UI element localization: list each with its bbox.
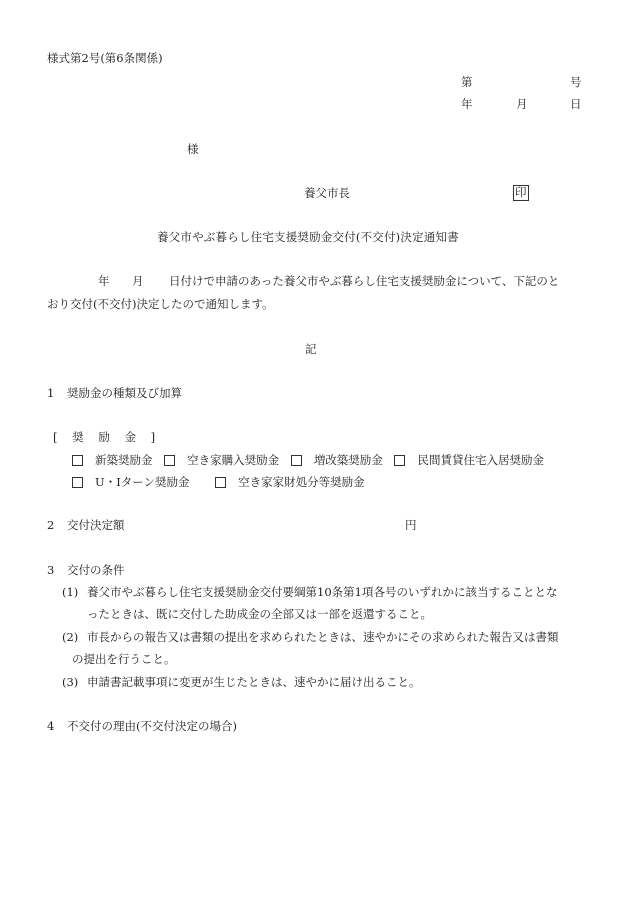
condition-2-line1: (2)市長からの報告又は書類の提出を求められたときは、速やかにその求められた報告…: [62, 632, 559, 644]
document-title: 養父市やぶ暮らし住宅支援奨励金交付(不交付)決定通知書: [157, 232, 459, 244]
checkbox-new-construction[interactable]: 新築奨励金: [72, 455, 153, 467]
checkbox-label: U・Iターン奨励金: [95, 477, 190, 489]
condition-text: 市長からの報告又は書類の提出を求められたときは、速やかにその求められた報告又は書…: [87, 630, 559, 644]
checkbox-renovation[interactable]: 増改築奨励金: [291, 455, 383, 467]
ki-heading: 記: [305, 344, 317, 356]
checkbox-label: 空き家購入奨励金: [187, 455, 279, 467]
doc-number-suffix: 号: [570, 77, 582, 89]
section-title: 交付決定額: [67, 518, 125, 532]
bracket-char: 金: [124, 432, 136, 444]
section-title: 交付の条件: [67, 563, 125, 577]
section-title: 不交付の理由(不交付決定の場合): [67, 719, 237, 733]
date-day-label: 日: [570, 99, 582, 111]
bracket-close: ]: [151, 432, 156, 444]
checkbox-icon[interactable]: [164, 455, 175, 466]
condition-marker: (3): [62, 677, 87, 689]
condition-3: (3)申請書記載事項に変更が生じたときは、速やかに届け出ること。: [62, 677, 421, 689]
body-paragraph-line2: おり交付(不交付)決定したので通知します。: [47, 299, 274, 311]
checkbox-label: 空き家家財処分等奨励金: [238, 477, 365, 489]
section-2-heading: 2交付決定額: [47, 520, 125, 532]
seal-icon: 印: [513, 185, 529, 201]
checkbox-vacant-house-purchase[interactable]: 空き家購入奨励金: [164, 455, 279, 467]
section-4-heading: 4不交付の理由(不交付決定の場合): [47, 721, 237, 733]
bracket-open: [: [53, 432, 58, 444]
condition-text: 申請書記載事項に変更が生じたときは、速やかに届け出ること。: [87, 675, 421, 689]
section-number: 1: [47, 388, 67, 400]
checkbox-label: 民間賃貸住宅入居奨励金: [417, 455, 544, 467]
checkbox-label: 増改築奨励金: [314, 455, 383, 467]
checkbox-icon[interactable]: [72, 455, 83, 466]
section-3-heading: 3交付の条件: [47, 565, 125, 577]
checkbox-row-2: U・Iターン奨励金 空き家家財処分等奨励金: [72, 477, 373, 491]
checkbox-ui-turn[interactable]: U・Iターン奨励金: [72, 477, 190, 489]
body-year: 年: [98, 276, 132, 288]
issuer-name: 養父市長: [304, 188, 350, 200]
section-number: 3: [47, 565, 67, 577]
section-number: 2: [47, 520, 67, 532]
checkbox-icon[interactable]: [394, 455, 405, 466]
incentive-bracket-label: [ 奨 励 金 ]: [53, 432, 166, 444]
addressee-honorific: 様: [187, 144, 199, 156]
section-number: 4: [47, 721, 67, 733]
checkbox-vacant-house-disposal[interactable]: 空き家家財処分等奨励金: [215, 477, 365, 489]
form-number: 様式第2号(第6条関係): [47, 53, 163, 65]
doc-number-prefix: 第: [461, 77, 473, 89]
section-1-heading: 1奨励金の種類及び加算: [47, 388, 182, 400]
checkbox-icon[interactable]: [291, 455, 302, 466]
checkbox-icon[interactable]: [72, 477, 83, 488]
checkbox-icon[interactable]: [215, 477, 226, 488]
condition-1-line1: (1)養父市やぶ暮らし住宅支援奨励金交付要綱第10条第1項各号のいずれかに該当す…: [62, 587, 557, 599]
condition-text: 養父市やぶ暮らし住宅支援奨励金交付要綱第10条第1項各号のいずれかに該当すること…: [87, 585, 557, 599]
body-month: 月: [132, 276, 169, 288]
checkbox-row-1: 新築奨励金 空き家購入奨励金 増改築奨励金 民間賃貸住宅入居奨励金: [72, 455, 552, 469]
checkbox-label: 新築奨励金: [95, 455, 153, 467]
amount-unit: 円: [405, 520, 417, 532]
checkbox-private-rental[interactable]: 民間賃貸住宅入居奨励金: [394, 455, 544, 467]
date-year-label: 年: [461, 99, 473, 111]
condition-marker: (2): [62, 632, 87, 644]
date-month-label: 月: [516, 99, 528, 111]
condition-1-line2: ったときは、既に交付した助成金の全部又は一部を返還すること。: [87, 609, 432, 621]
body-text: 日付けで申請のあった養父市やぶ暮らし住宅支援奨励金について、下記のと: [169, 274, 559, 288]
bracket-char: 奨: [72, 432, 84, 444]
bracket-char: 励: [98, 432, 110, 444]
condition-marker: (1): [62, 587, 87, 599]
section-title: 奨励金の種類及び加算: [67, 386, 182, 400]
body-paragraph-line1: 年月日付けで申請のあった養父市やぶ暮らし住宅支援奨励金について、下記のと: [98, 276, 559, 288]
condition-2-line2: の提出を行うこと。: [72, 654, 176, 666]
